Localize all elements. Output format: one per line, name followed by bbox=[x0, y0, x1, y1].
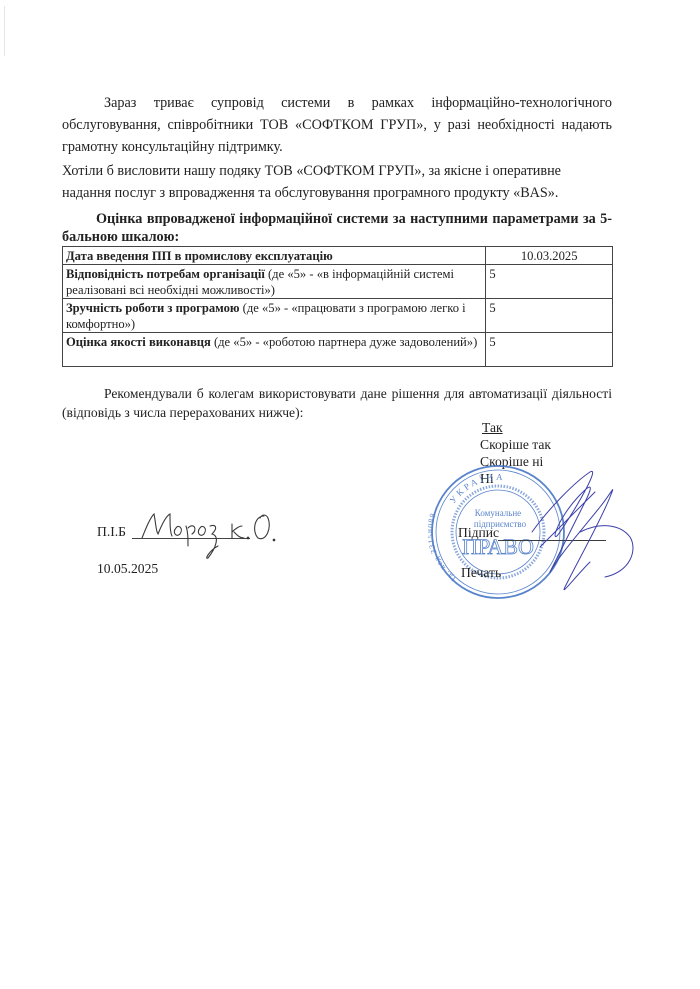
option-yes: Так bbox=[482, 419, 551, 436]
scan-edge-mark bbox=[4, 6, 5, 56]
seal-label: Печать bbox=[461, 565, 501, 581]
stamp-line1: Комунальне bbox=[475, 508, 521, 518]
row-label: Оцінка якості виконавця (де «5» - «робот… bbox=[63, 333, 486, 367]
table-row: Відповідність потребам організації (де «… bbox=[63, 265, 613, 299]
thanks-paragraph: Хотіли б висловити нашу подяку ТОВ «СОФТ… bbox=[62, 160, 612, 204]
row-label: Відповідність потребам організації (де «… bbox=[63, 265, 486, 299]
stamp-outer-text: УКРАЇНА bbox=[448, 472, 506, 505]
row-label: Дата введення ПП в промислову експлуатац… bbox=[63, 247, 486, 265]
row-value: 5 bbox=[486, 333, 613, 367]
evaluation-table: Дата введення ПП в промислову експлуатац… bbox=[62, 246, 613, 367]
evaluation-heading: Оцінка впровадженої інформаційної систем… bbox=[62, 210, 612, 246]
table-row: Дата введення ПП в промислову експлуатац… bbox=[63, 247, 613, 265]
signature-label: Підпис bbox=[458, 525, 499, 541]
signature-date: 10.05.2025 bbox=[97, 561, 158, 577]
handwritten-signature bbox=[520, 462, 640, 602]
recommend-paragraph: Рекомендували б колегам використовувати … bbox=[62, 384, 612, 422]
option-rather-yes: Скоріше так bbox=[480, 436, 551, 453]
row-value: 5 bbox=[486, 265, 613, 299]
document-page: Зараз триває супровід системи в рамках і… bbox=[0, 0, 700, 989]
svg-text:УКРАЇНА: УКРАЇНА bbox=[448, 472, 506, 505]
row-value: 5 bbox=[486, 299, 613, 333]
row-label: Зручність роботи з програмою (де «5» - «… bbox=[63, 299, 486, 333]
support-paragraph: Зараз триває супровід системи в рамках і… bbox=[62, 92, 612, 158]
table-row: Оцінка якості виконавця (де «5» - «робот… bbox=[63, 333, 613, 367]
pib-label: П.І.Б bbox=[97, 524, 126, 540]
row-value: 10.03.2025 bbox=[486, 247, 613, 265]
handwritten-name bbox=[140, 502, 280, 562]
table-row: Зручність роботи з програмою (де «5» - «… bbox=[63, 299, 613, 333]
